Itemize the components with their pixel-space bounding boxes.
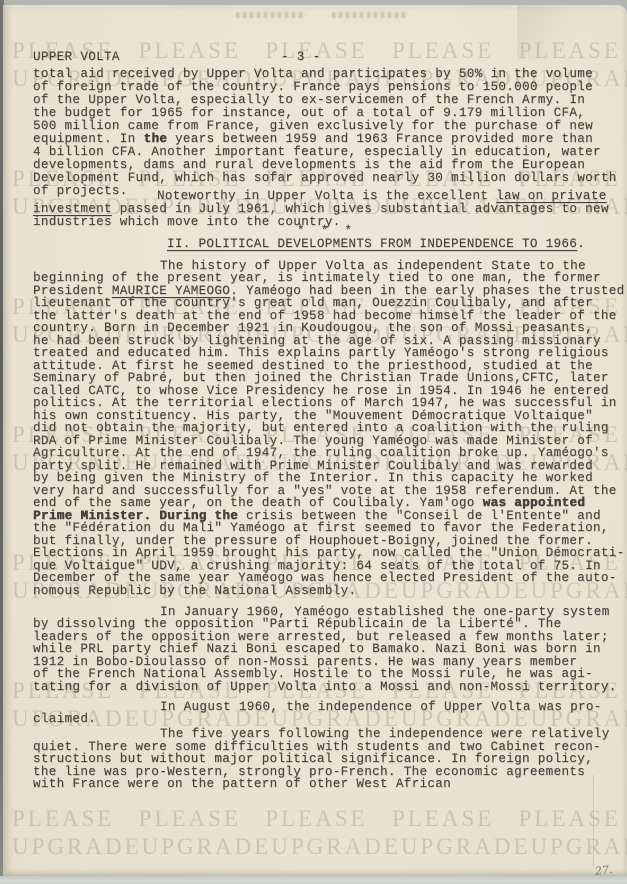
scan-edge-bottom xyxy=(0,876,627,884)
text-segment: nomous Republic by the National Assembly… xyxy=(33,584,356,598)
text-segment: of projects. xyxy=(33,184,128,198)
text-segment: total aid received by Upper Volta and pa… xyxy=(33,67,593,81)
header-center: - 3 - xyxy=(281,51,320,64)
text-segment: investment xyxy=(33,202,112,216)
text-layer: UPPER VOLTA- 3 -total aid received by Up… xyxy=(0,0,627,884)
text-line: with France were on the pattern of other… xyxy=(33,778,451,791)
text-segment: of the French National Assembly. Hostile… xyxy=(33,667,593,681)
text-segment: developments, dams and rural development… xyxy=(33,158,585,172)
text-line: In August 1960, the independence of Uppe… xyxy=(160,701,602,714)
text-segment: with France were on the pattern of other… xyxy=(33,777,451,791)
text-line: industries which move into the country. xyxy=(33,216,341,229)
text-segment: December of the same year Yaméogo was he… xyxy=(33,571,617,585)
text-segment: years between 1959 and 1963 France provi… xyxy=(167,132,593,146)
text-segment: the "Fédération du Mali" Yaméogo at firs… xyxy=(33,521,609,535)
text-segment: Agriculture. At the end of 1947, the rul… xyxy=(33,446,609,460)
text-segment: the xyxy=(143,132,167,146)
text-line: claimed. xyxy=(33,713,96,726)
text-segment: equipment. In xyxy=(33,132,143,146)
text-segment: lieutenant of the country's great old ma… xyxy=(33,296,593,310)
text-segment: * * * xyxy=(297,224,352,238)
text-segment: Seminary of Pabré, but then joined the C… xyxy=(33,371,609,385)
text-segment: Elections in April 1959 brought his part… xyxy=(33,546,625,560)
text-segment: UPPER VOLTA xyxy=(33,50,120,64)
text-segment: was appointed xyxy=(483,496,586,510)
text-segment: industries which move into the country. xyxy=(33,215,341,229)
text-line: tating for a division of Upper Volta int… xyxy=(33,681,617,694)
text-segment: In August 1960, the independence of Uppe… xyxy=(160,700,602,714)
text-line: nomous Republic by the National Assembly… xyxy=(33,585,356,598)
text-segment: claimed. xyxy=(33,712,96,726)
text-segment: passed in July 1961, which gives substan… xyxy=(112,202,609,216)
text-segment: by dissolving the opposition "Parti Répu… xyxy=(33,617,561,631)
scanned-document: { "document": { "header": { "left": "UPP… xyxy=(0,0,627,884)
text-segment: Development Fund, which has sofar approv… xyxy=(33,171,617,185)
text-segment: while PRL party chief Nazi Boni escaped … xyxy=(33,642,601,656)
text-segment: politics. At the territorial elections o… xyxy=(33,396,617,410)
text-segment: country. Born in December 1921 in Koudou… xyxy=(33,321,593,335)
text-segment: of foreign trade of the country. France … xyxy=(33,80,593,94)
section-heading: II. POLITICAL DEVELOPMENTS FROM INDEPEND… xyxy=(167,238,585,251)
text-segment: 500 million came from France, given excl… xyxy=(33,119,593,133)
text-segment: end of the same year, on the death of Co… xyxy=(33,496,483,510)
text-segment: The five years following the independenc… xyxy=(160,727,610,741)
text-segment: of the Upper Volta, especially to ex-ser… xyxy=(33,93,585,107)
text-segment: treated and educated him. This explains … xyxy=(33,346,609,360)
text-segment: 4 billion CFA. Another important feature… xyxy=(33,145,601,159)
text-segment: by being given the Ministry of the Inter… xyxy=(33,471,593,485)
text-segment: - 3 - xyxy=(281,50,320,64)
text-segment: beginning of the present year, is intima… xyxy=(33,271,601,285)
header-left: UPPER VOLTA xyxy=(33,51,120,64)
text-segment: did not obtain the majority, but entered… xyxy=(33,421,609,435)
text-segment: II. POLITICAL DEVELOPMENTS FROM INDEPEND… xyxy=(167,237,577,251)
text-segment: law on private xyxy=(496,189,606,203)
text-segment: the budget for 1965 for instance, out of… xyxy=(33,106,585,120)
text-segment: tating for a division of Upper Volta int… xyxy=(33,680,617,694)
text-segment: structions but without major political s… xyxy=(33,752,593,766)
text-segment: Noteworthy in Upper Volta is the excelle… xyxy=(157,189,496,203)
text-line: of projects. xyxy=(33,185,128,198)
text-segment: . xyxy=(577,237,585,251)
